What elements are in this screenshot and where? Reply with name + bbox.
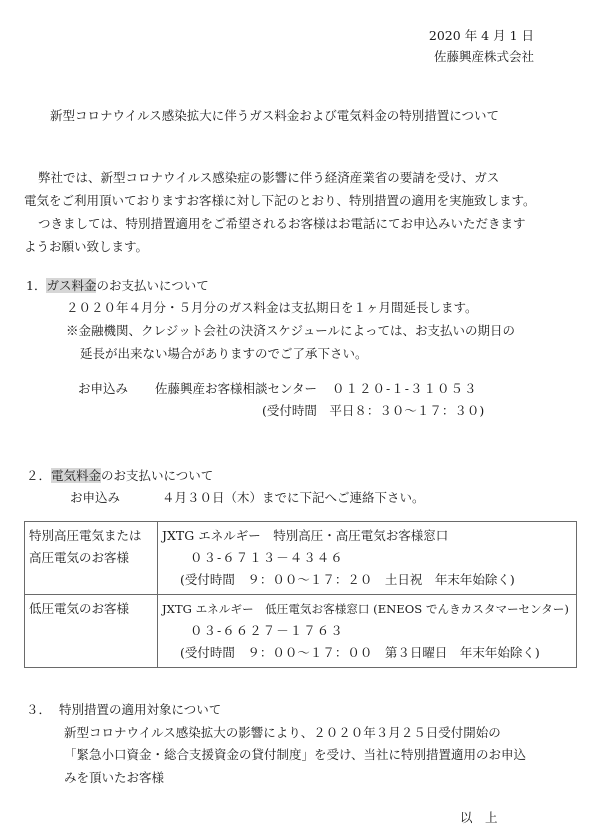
section-2-heading-text: のお支払いについて [101, 468, 213, 483]
section-1-note-1: ※金融機関、クレジット会社の決済スケジュールによっては、お支払いの期日の [66, 321, 515, 339]
contact-cell: JXTG エネルギー 低圧電気お客様窓口 (ENEOS でんきカスタマーセンター… [158, 595, 577, 668]
contact-phone: ０３-６６２７－１７６３ [162, 620, 572, 642]
intro-line-4: ようお願い致します。 [24, 237, 148, 255]
table-row: 低圧電気のお客様 JXTG エネルギー 低圧電気お客様窓口 (ENEOS でんき… [25, 595, 577, 668]
customer-type-cell: 特別高圧電気または 高圧電気のお客様 [25, 522, 158, 595]
customer-type-line: 低圧電気のお客様 [29, 598, 153, 620]
section-3-heading: ３．特別措置の適用対象について [26, 700, 221, 718]
section-3-heading-text: 特別措置の適用対象について [51, 702, 221, 717]
section-2-number: ２． [26, 468, 51, 483]
intro-line-3: つきましては、特別措置適用をご希望されるお客様はお電話にてお申込みいただきます [38, 214, 526, 232]
contact-phone: ０３-６７１３－４３４６ [162, 547, 572, 569]
contact-table: 特別高圧電気または 高圧電気のお客様 JXTG エネルギー 特別高圧・高圧電気お… [24, 521, 577, 668]
section-3-line-2: 「緊急小口資金・総合支援資金の貸付制度」を受け、当社に特別措置適用のお申込 [64, 745, 526, 763]
spacer [29, 620, 153, 642]
section-2-highlight: 電気料金 [51, 468, 101, 483]
table-row: 特別高圧電気または 高圧電気のお客様 JXTG エネルギー 特別高圧・高圧電気お… [25, 522, 577, 595]
spacer [29, 569, 153, 591]
contact-name: JXTG エネルギー 低圧電気お客様窓口 (ENEOS でんきカスタマーセンター… [162, 598, 572, 620]
contact-hours: (受付時間 ９：００～１７：００ 第３日曜日 年末年始除く) [162, 642, 572, 664]
section-1-center-name: 佐藤興産お客様相談センター [155, 379, 317, 397]
section-1-highlight: ガス料金 [46, 278, 96, 293]
intro-line-2: 電気をご利用頂いておりますお客様に対し下記のとおり、特別措置の適用を実施致します… [24, 191, 536, 209]
section-1-hours: (受付時間 平日８：３０～１７：３０) [262, 401, 484, 419]
customer-type-line: 高圧電気のお客様 [29, 547, 153, 569]
section-1-phone: ０１２０-１-３１０５３ [332, 379, 477, 397]
section-1-line: ２０２０年４月分・５月分のガス料金は支払期日を１ヶ月間延長します。 [66, 298, 478, 316]
section-2-deadline: ４月３０日（木）までに下記へご連絡下さい。 [162, 488, 425, 506]
contact-cell: JXTG エネルギー 特別高圧・高圧電気お客様窓口 ０３-６７１３－４３４６ (… [158, 522, 577, 595]
contact-name: JXTG エネルギー 特別高圧・高圧電気お客様窓口 [162, 525, 572, 547]
contact-hours: (受付時間 ９：００～１７：２０ 土日祝 年末年始除く) [162, 569, 572, 591]
section-2-apply-label: お申込み [70, 488, 120, 506]
section-1-number: 1． [26, 278, 46, 293]
section-3-line-1: 新型コロナウイルス感染拡大の影響により、２０２０年３月２５日受付開始の [64, 723, 501, 741]
section-3-line-3: みを頂いたお客様 [64, 768, 164, 786]
customer-type-line: 特別高圧電気または [29, 525, 153, 547]
customer-type-cell: 低圧電気のお客様 [25, 595, 158, 668]
section-1-apply-label: お申込み [78, 379, 128, 397]
intro-line-1: 弊社では、新型コロナウイルス感染症の影響に伴う経済産業省の要請を受け、ガス [38, 168, 499, 186]
document-date: 2020 年 4 月 1 日 [429, 26, 534, 44]
closing-mark: 以 上 [460, 808, 498, 826]
company-name: 佐藤興産株式会社 [434, 47, 534, 65]
document-title: 新型コロナウイルス感染拡大に伴うガス料金および電気料金の特別措置について [50, 106, 499, 124]
section-1-note-2: 延長が出来ない場合がありますのでご了承下さい。 [80, 344, 368, 362]
section-1-heading: 1．ガス料金のお支払いについて [26, 276, 209, 294]
section-2-heading: ２．電気料金のお支払いについて [26, 466, 213, 484]
section-3-number: ３． [26, 702, 51, 717]
section-1-heading-text: のお支払いについて [96, 278, 208, 293]
spacer [29, 642, 153, 664]
